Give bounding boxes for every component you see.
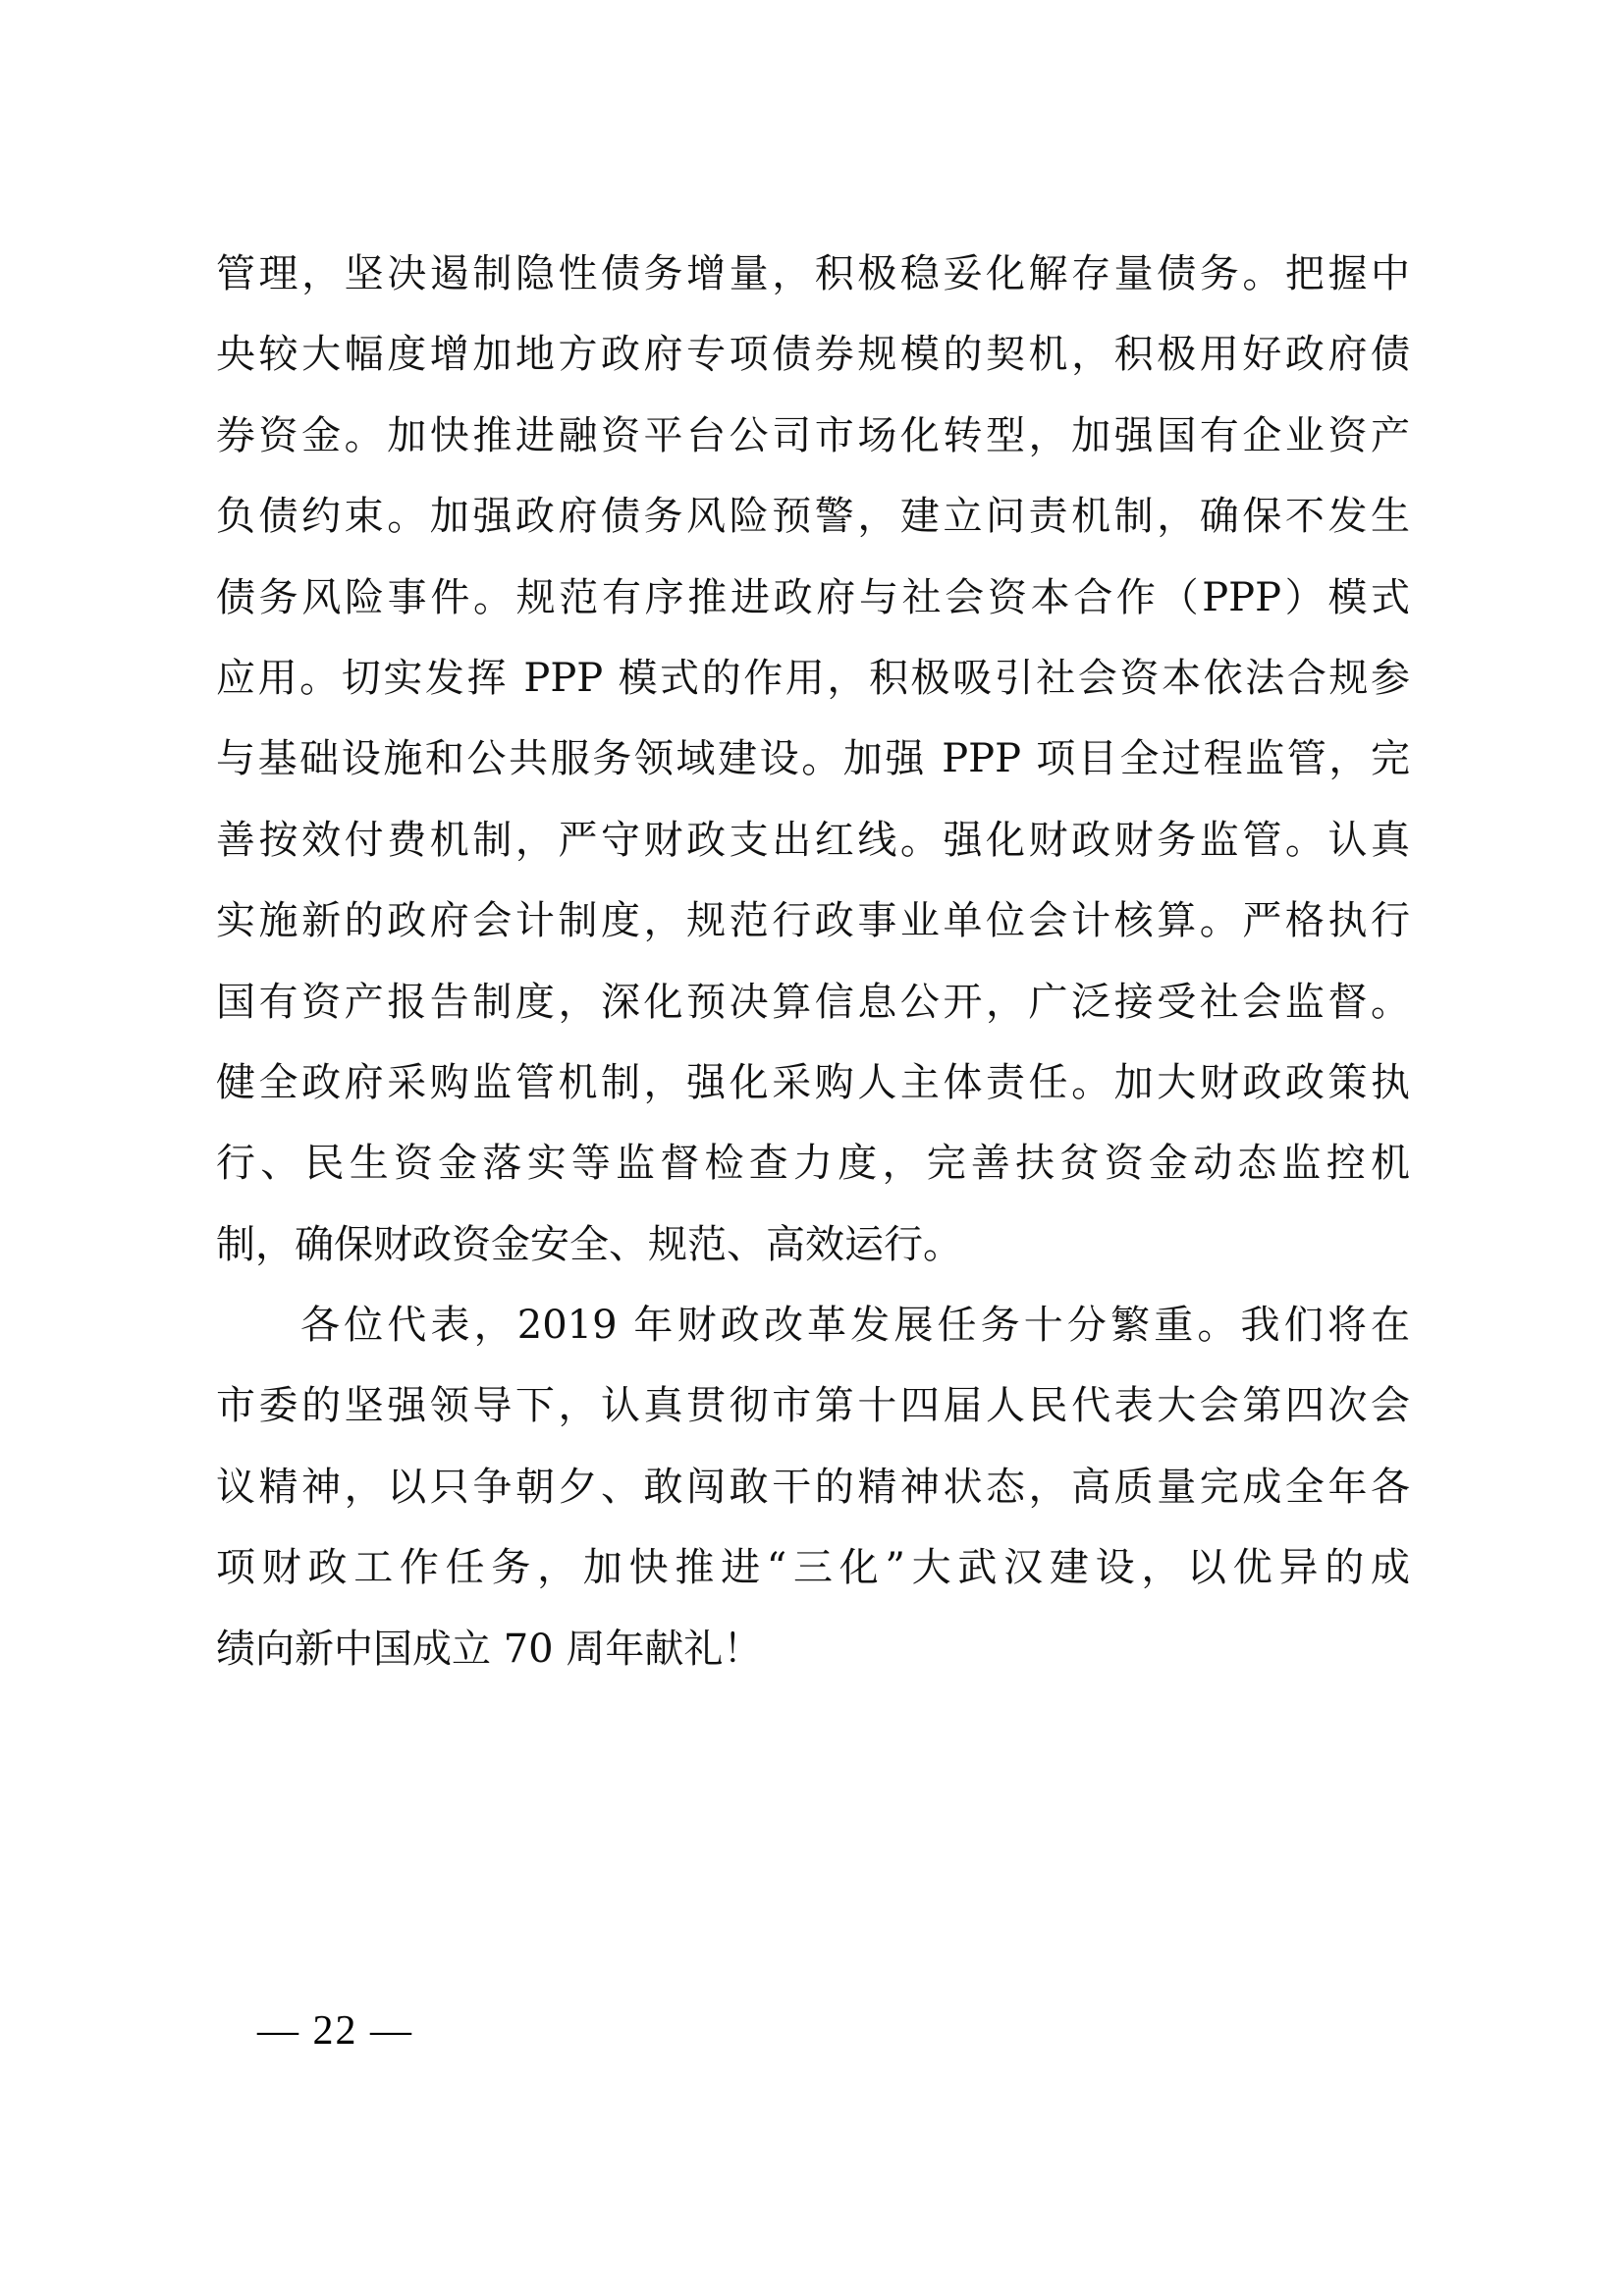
document-page: 管理，坚决遏制隐性债务增量，积极稳妥化解存量债务。把握中 央较大幅度增加地方政府…: [0, 0, 1623, 2296]
text-line: 与基础设施和公共服务领域建设。加强 PPP 项目全过程监管，完: [216, 719, 1410, 799]
text-line: 议精神，以只争朝夕、敢闯敢干的精神状态，高质量完成全年各: [216, 1447, 1410, 1527]
text-line: 国有资产报告制度，深化预决算信息公开，广泛接受社会监督。: [216, 962, 1410, 1042]
paragraph-1: 管理，坚决遏制隐性债务增量，积极稳妥化解存量债务。把握中 央较大幅度增加地方政府…: [216, 234, 1410, 1285]
text-line: 制，确保财政资金安全、规范、高效运行。: [216, 1204, 1410, 1285]
text-line: 央较大幅度增加地方政府专项债券规模的契机，积极用好政府债: [216, 314, 1410, 395]
page-number: — 22 —: [257, 2006, 413, 2056]
body-text: 管理，坚决遏制隐性债务增量，积极稳妥化解存量债务。把握中 央较大幅度增加地方政府…: [216, 234, 1410, 1689]
text-line: 管理，坚决遏制隐性债务增量，积极稳妥化解存量债务。把握中: [216, 234, 1410, 314]
text-line: 健全政府采购监管机制，强化采购人主体责任。加大财政政策执: [216, 1042, 1410, 1123]
text-line: 市委的坚强领导下，认真贯彻市第十四届人民代表大会第四次会: [216, 1365, 1410, 1446]
text-line: 应用。切实发挥 PPP 模式的作用，积极吸引社会资本依法合规参: [216, 638, 1410, 719]
text-line: 项财政工作任务，加快推进“三化”大武汉建设，以优异的成: [216, 1527, 1410, 1608]
text-line: 债务风险事件。规范有序推进政府与社会资本合作（PPP）模式: [216, 558, 1410, 638]
text-line: 负债约束。加强政府债务风险预警，建立问责机制，确保不发生: [216, 476, 1410, 557]
text-line: 行、民生资金落实等监督检查力度，完善扶贫资金动态监控机: [216, 1123, 1410, 1203]
text-line: 券资金。加快推进融资平台公司市场化转型，加强国有企业资产: [216, 396, 1410, 476]
paragraph-2: 各位代表，2019 年财政改革发展任务十分繁重。我们将在 市委的坚强领导下，认真…: [216, 1285, 1410, 1689]
text-line: 善按效付费机制，严守财政支出红线。强化财政财务监管。认真: [216, 800, 1410, 881]
text-line: 实施新的政府会计制度，规范行政事业单位会计核算。严格执行: [216, 881, 1410, 961]
text-line: 绩向新中国成立 70 周年献礼！: [216, 1609, 1410, 1689]
text-line: 各位代表，2019 年财政改革发展任务十分繁重。我们将在: [216, 1285, 1410, 1365]
